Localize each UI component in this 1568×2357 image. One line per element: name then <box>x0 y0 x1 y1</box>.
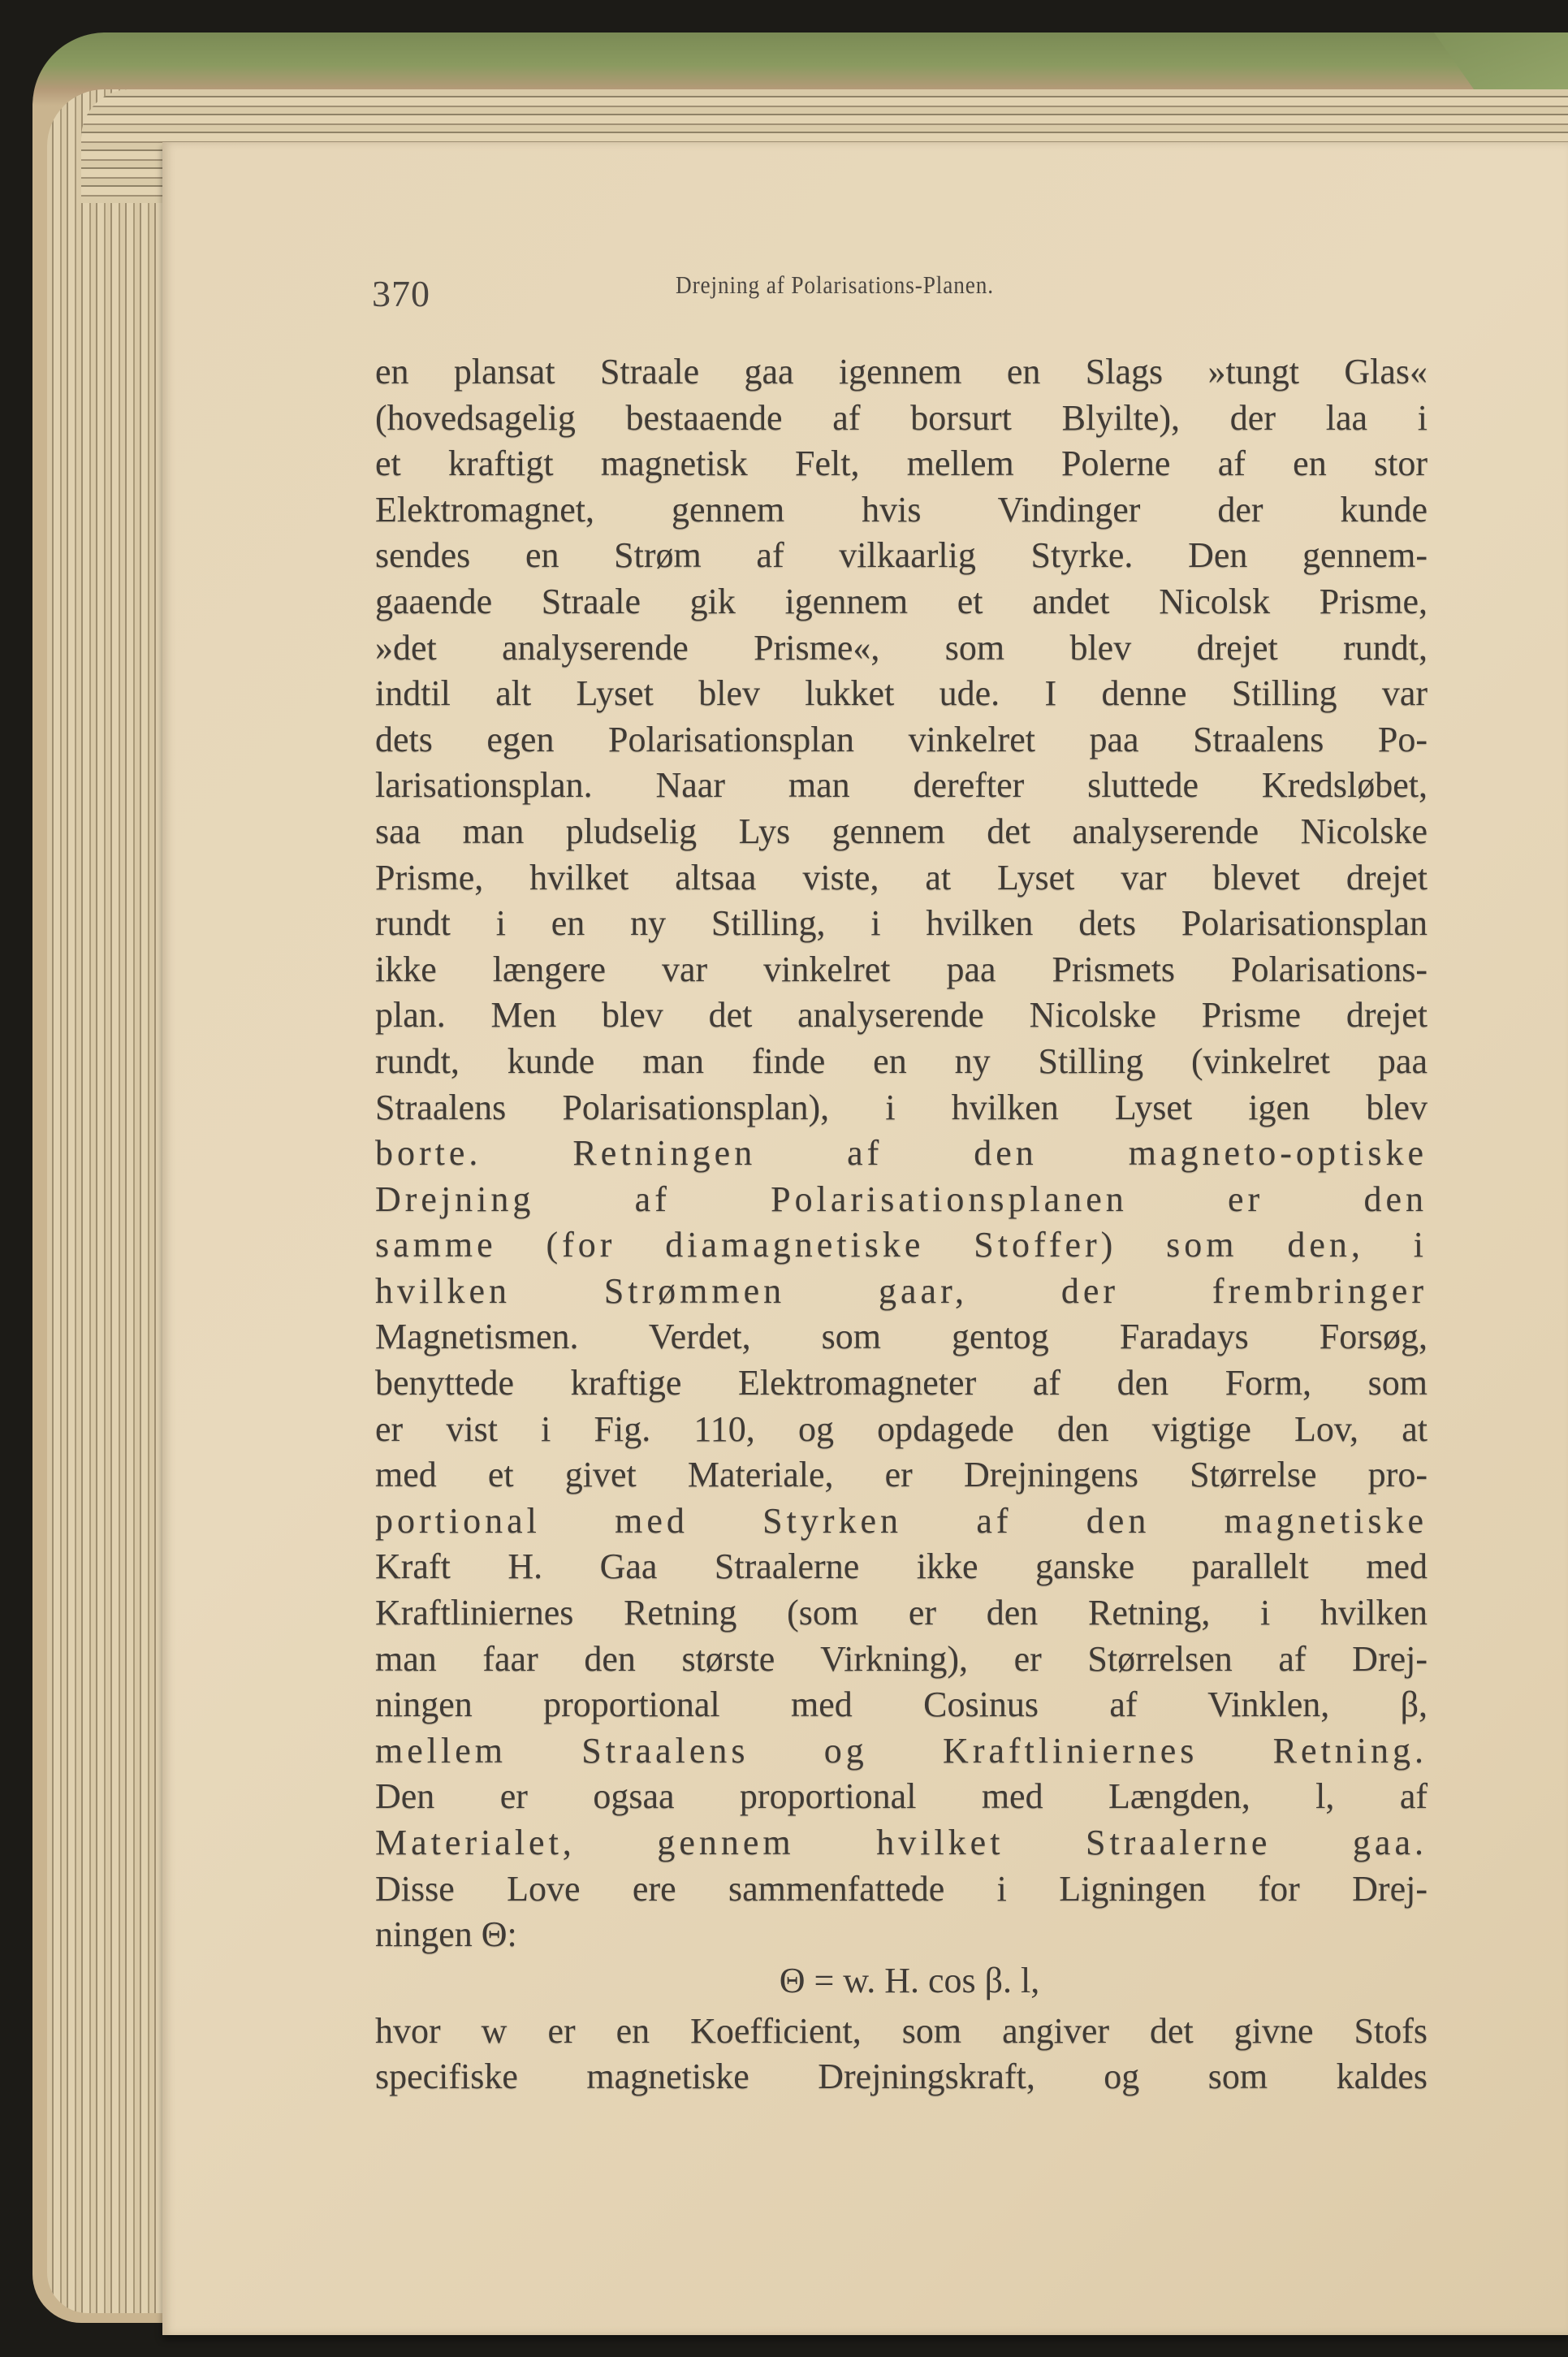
text-line: sendes en Strøm af vilkaarlig Styrke. De… <box>375 533 1428 579</box>
text-line: rundt i en ny Stilling, i hvilken dets P… <box>375 901 1428 947</box>
text-line: ikke længere var vinkelret paa Prismets … <box>375 947 1428 993</box>
text-line: med et givet Materiale, er Drejningens S… <box>375 1452 1428 1499</box>
text-line: hvilken Strømmen gaar, der frembringer <box>375 1269 1428 1315</box>
text-line: Disse Love ere sammenfattede i Ligningen… <box>375 1866 1428 1913</box>
text-line: Materialet, gennem hvilket Straalerne ga… <box>375 1820 1428 1866</box>
text-line: hvor w er en Koefficient, som angiver de… <box>375 2009 1428 2055</box>
text-line: Drejning af Polarisationsplanen er den <box>375 1177 1428 1223</box>
text-line: Straalens Polarisationsplan), i hvilken … <box>375 1085 1428 1131</box>
text-line: borte. Retningen af den magneto-optiske <box>375 1131 1428 1177</box>
text-line: dets egen Polarisationsplan vinkelret pa… <box>375 717 1428 763</box>
text-line: mellem Straalens og Kraftliniernes Retni… <box>375 1728 1428 1775</box>
text-line: Elektromagnet, gennem hvis Vindinger der… <box>375 487 1428 534</box>
rotation-formula: Θ = w. H. cos β. l, <box>375 1958 1428 2009</box>
text-line: saa man pludselig Lys gennem det analyse… <box>375 809 1428 855</box>
text-line: indtil alt Lyset blev lukket ude. I denn… <box>375 671 1428 717</box>
book-page: 370 Drejning af Polarisations-Planen. en… <box>162 142 1568 2335</box>
text-line: benyttede kraftige Elektromagneter af de… <box>375 1360 1428 1407</box>
text-line: ningen proportional med Cosinus af Vinkl… <box>375 1682 1428 1728</box>
body-text: en plansat Straale gaa igennem en Slags … <box>375 349 1428 2100</box>
text-line: ningen Θ: <box>375 1912 1428 1958</box>
text-line: »det analyserende Prisme«, som blev drej… <box>375 625 1428 672</box>
text-line: samme (for diamagnetiske Stoffer) som de… <box>375 1222 1428 1269</box>
text-line: portional med Styrken af den magnetiske <box>375 1499 1428 1545</box>
text-line: larisationsplan. Naar man derefter slutt… <box>375 763 1428 809</box>
text-line: Kraft H. Gaa Straalerne ikke ganske para… <box>375 1544 1428 1590</box>
text-line: Den er ogsaa proportional med Længden, l… <box>375 1774 1428 1820</box>
text-line: (hovedsagelig bestaaende af borsurt Blyi… <box>375 396 1428 442</box>
text-line: Kraftliniernes Retning (som er den Retni… <box>375 1590 1428 1637</box>
text-line: man faar den største Virkning), er Størr… <box>375 1637 1428 1683</box>
text-line: en plansat Straale gaa igennem en Slags … <box>375 349 1428 396</box>
page-number: 370 <box>372 272 430 315</box>
running-head: Drejning af Polarisations-Planen. <box>676 270 994 300</box>
text-line: gaaende Straale gik igennem et andet Nic… <box>375 579 1428 625</box>
text-line: Magnetismen. Verdet, som gentog Faradays… <box>375 1314 1428 1360</box>
text-line: plan. Men blev det analyserende Nicolske… <box>375 993 1428 1039</box>
text-line: rundt, kunde man finde en ny Stilling (v… <box>375 1039 1428 1085</box>
text-line: Prisme, hvilket altsaa viste, at Lyset v… <box>375 855 1428 902</box>
text-line: et kraftigt magnetisk Felt, mellem Poler… <box>375 441 1428 487</box>
text-line: specifiske magnetiske Drejningskraft, og… <box>375 2054 1428 2100</box>
text-line: er vist i Fig. 110, og opdagede den vigt… <box>375 1407 1428 1453</box>
